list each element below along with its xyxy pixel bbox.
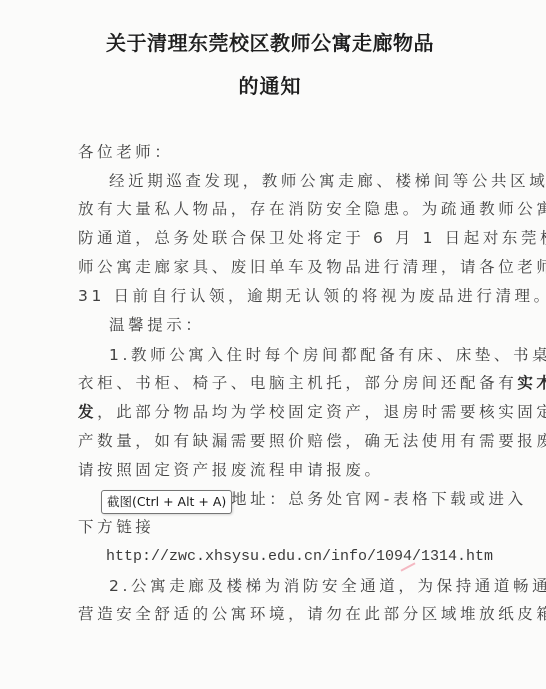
tip1-line-3: 发，此部分物品均为学校固定资产，退房时需要核实固定资 [78, 402, 468, 422]
notice-title-line-2: 的通知 [0, 74, 540, 98]
form-download-link[interactable]: http://zwc.xhsysu.edu.cn/info/1094/1314.… [106, 547, 493, 567]
tip1-line-3-bold: 发 [78, 403, 97, 421]
tip1-line-3-text: ，此部分物品均为学校固定资产，退房时需要核实固定资 [97, 403, 546, 421]
tip1-line-2: 衣柜、书柜、椅子、电脑主机托，部分房间还配备有实木沙 [78, 373, 468, 393]
para1-line-5: 31 日前自行认领，逾期无认领的将视为废品进行清理。 [78, 286, 468, 306]
tip2-line-2: 营造安全舒适的公寓环境，请勿在此部分区域堆放纸皮箱、 [78, 604, 468, 624]
para1-line-2: 放有大量私人物品，存在消防安全隐患。为疏通教师公寓消 [78, 199, 468, 219]
notice-title-line-1: 关于清理东莞校区教师公寓走廊物品 [0, 31, 540, 55]
para1-line-1: 经近期巡查发现，教师公寓走廊、楼梯间等公共区域堆 [109, 171, 499, 191]
scanned-notice-page: 关于清理东莞校区教师公寓走廊物品 的通知 各位老师： 经近期巡查发现，教师公寓走… [0, 0, 546, 689]
tip1-line-2-bold: 实木沙 [517, 374, 546, 392]
tip1-line-6-post: 地址：总务处官网-表格下载或进入 [231, 489, 546, 509]
screenshot-shortcut-tooltip: 截图(Ctrl + Alt + A) [101, 490, 232, 514]
tip1-line-7: 下方链接 [78, 517, 468, 537]
tip1-line-1: 1.教师公寓入住时每个房间都配备有床、床垫、书桌、 [109, 345, 499, 365]
tip2-line-1: 2.公寓走廊及楼梯为消防安全通道，为保持通道畅通， [109, 576, 499, 596]
para1-line-3: 防通道，总务处联合保卫处将定于 6 月 1 日起对东莞校区教 [78, 228, 468, 248]
tip1-line-4: 产数量，如有缺漏需要照价赔偿，确无法使用有需要报废的， [78, 431, 468, 451]
salutation: 各位老师： [78, 142, 468, 162]
tip1-line-2-text: 衣柜、书柜、椅子、电脑主机托，部分房间还配备有 [78, 374, 517, 392]
para1-line-4: 师公寓走廊家具、废旧单车及物品进行清理，请各位老师在 [78, 257, 468, 277]
tips-heading: 温馨提示： [109, 315, 499, 335]
tip1-line-5: 请按照固定资产报废流程申请报废。 [78, 460, 468, 480]
